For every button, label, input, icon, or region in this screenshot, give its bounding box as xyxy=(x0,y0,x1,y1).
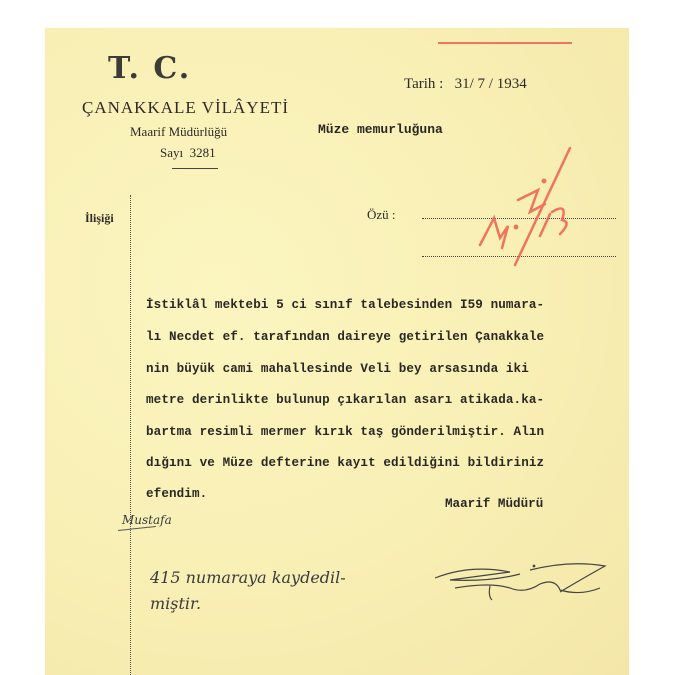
date-field: Tarih : 31/ 7 / 1934 xyxy=(404,76,527,93)
initials-signature: Mustafa xyxy=(122,513,172,527)
header-number: Sayı 3281 xyxy=(160,145,216,161)
body-line: İstiklâl mektebi 5 ci sınıf talebesinden… xyxy=(146,298,544,312)
recipient: Müze memurluğuna xyxy=(318,122,443,137)
body-line: lı Necdet ef. tarafından daireye getiril… xyxy=(146,330,544,344)
body-line: bartma resimli mermer kırık taş gönderil… xyxy=(146,425,544,439)
body-line: nin büyük cami mahallesinde Veli bey ars… xyxy=(146,362,529,376)
handwritten-note-line2: miştir. xyxy=(150,594,201,613)
handwritten-note-line1: 415 numaraya kaydedil- xyxy=(150,568,346,587)
margin-dotted-line xyxy=(130,195,131,675)
signature-scribble-icon xyxy=(430,560,610,605)
body-line: metre derinlikte bulunup çıkarılan asarı… xyxy=(146,393,544,407)
summary-label: Özü : xyxy=(367,207,396,223)
body-line: efendim. xyxy=(146,487,207,501)
signatory-title: Maarif Müdürü xyxy=(445,497,543,511)
header-province: ÇANAKKALE VİLÂYETİ xyxy=(82,98,289,118)
date-label: Tarih : xyxy=(404,76,443,92)
number-value: 3281 xyxy=(190,145,216,160)
number-label: Sayı xyxy=(160,145,183,160)
header-flourish xyxy=(172,168,218,172)
header-department: Maarif Müdürlüğü xyxy=(130,124,227,140)
attachment-label: İlişiği xyxy=(85,211,114,226)
date-value: 31/ 7 / 1934 xyxy=(455,76,527,92)
red-pencil-line xyxy=(438,42,572,44)
header-state: T. C. xyxy=(108,51,191,86)
body-line: dığını ve Müze defterine kayıt edildiğin… xyxy=(146,456,544,470)
officer-signature xyxy=(430,560,610,605)
red-annotation xyxy=(470,140,590,280)
red-annotation-mark-icon xyxy=(470,140,590,280)
